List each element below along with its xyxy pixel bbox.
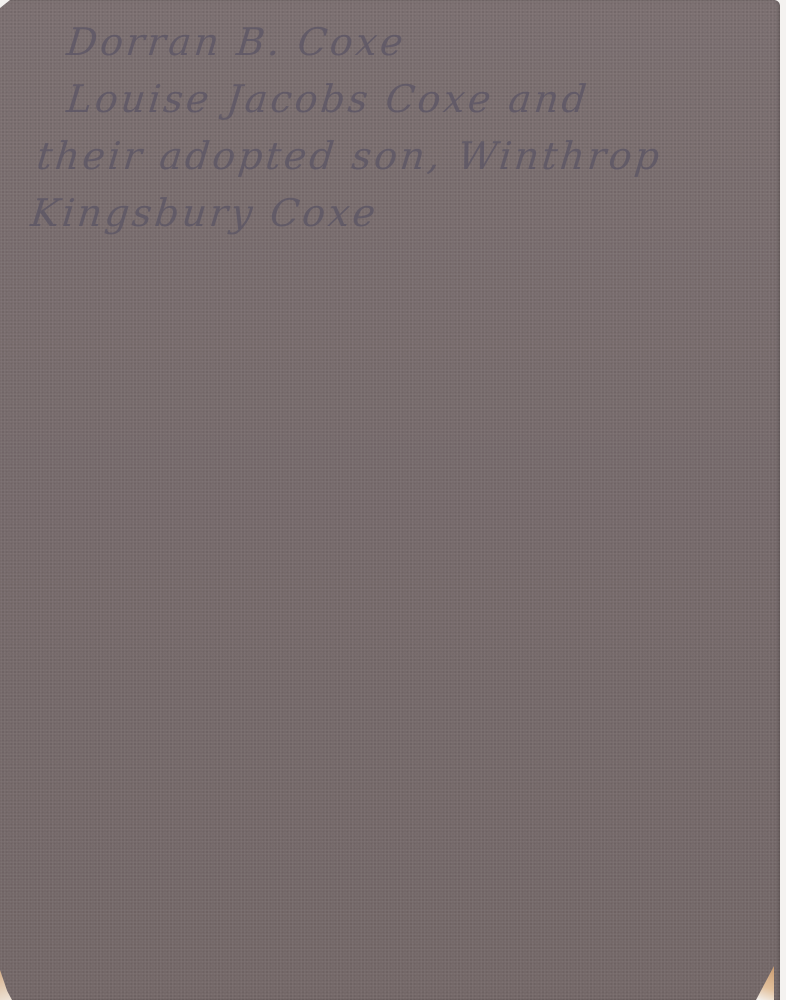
worn-corner-bottom-left (0, 970, 12, 1000)
inscription-line: Louise Jacobs Coxe and (40, 71, 746, 128)
handwritten-inscription: Dorran B. Coxe Louise Jacobs Coxe and th… (28, 14, 752, 242)
photo-card-back: Dorran B. Coxe Louise Jacobs Coxe and th… (0, 0, 780, 1000)
inscription-line: their adopted son, Winthrop (34, 128, 740, 185)
worn-corner-top-left (0, 0, 10, 8)
inscription-line: Dorran B. Coxe (46, 14, 752, 71)
inscription-line: Kingsbury Coxe (28, 185, 734, 242)
worn-corner-bottom-right (756, 966, 774, 1000)
